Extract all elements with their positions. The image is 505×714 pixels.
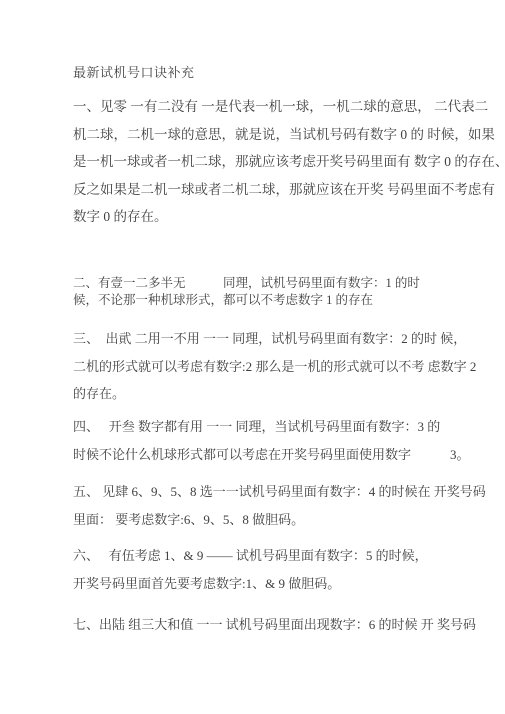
text-line: 六、 有伍考虑 1、& 9 —— 试机号码里面有数字：5 的时候， xyxy=(73,542,428,570)
paragraph-rule-five: 五、 见肆 6、9、5、8 选一一试机号码里面有数字：4 的时候在 开奖号码 里… xyxy=(73,478,486,533)
paragraph-rule-seven: 七、出陆 组三大和值 一一 试机号码里面出现数字：6 的时候 开 奖号码 xyxy=(73,611,476,639)
text-line: 的存在。 xyxy=(73,380,476,408)
text-line: 反之如果是二机一球或者二机二球，那就应该在开奖 号码里面不考虑有 xyxy=(73,176,505,204)
text-line: 是一机一球或者一机二球，那就应该考虑开奖号码里面有 数字 0 的存在、 xyxy=(73,148,505,176)
text-line: 三、 出貮 二用一不用 一一 同理，试机号码里面有数字：2 的时 候， xyxy=(73,325,476,353)
text-line: 时候不论什么机球形式都可以考虑在开奖号码里面使用数字 3。 xyxy=(73,441,470,469)
document-title: 最新试机号口诀补充 xyxy=(73,66,195,80)
text-line: 候，不论那一种机球形式，都可以不考虑数字 1 的存在 xyxy=(73,292,420,309)
paragraph-rule-one: 一、见零 一有二没有 一是代表一机一球，一机二球的意思， 二代表二 机二球，二机… xyxy=(73,93,505,231)
text-line: 七、出陆 组三大和值 一一 试机号码里面出现数字：6 的时候 开 奖号码 xyxy=(73,611,476,639)
paragraph-rule-three: 三、 出貮 二用一不用 一一 同理，试机号码里面有数字：2 的时 候， 二机的形… xyxy=(73,325,476,408)
document-page: 最新试机号口诀补充 一、见零 一有二没有 一是代表一机一球，一机二球的意思， 二… xyxy=(0,0,505,714)
paragraph-rule-two: 二、有壹一二多半无 同理，试机号码里面有数字：1 的时 候，不论那一种机球形式，… xyxy=(73,275,420,309)
text-line: 里面： 要考虑数字:6、9、5、8 做胆码。 xyxy=(73,506,486,534)
text-line: 四、 开叁 数字都有用 一一 同理，当试机号码里面有数字：3 的 xyxy=(73,413,470,441)
text-line: 数字 0 的存在。 xyxy=(73,203,505,231)
text-line: 五、 见肆 6、9、5、8 选一一试机号码里面有数字：4 的时候在 开奖号码 xyxy=(73,478,486,506)
paragraph-rule-four: 四、 开叁 数字都有用 一一 同理，当试机号码里面有数字：3 的 时候不论什么机… xyxy=(73,413,470,468)
text-line: 二机的形式就可以考虑有数字:2 那么是一机的形式就可以不考 虑数字 2 xyxy=(73,353,476,381)
paragraph-rule-six: 六、 有伍考虑 1、& 9 —— 试机号码里面有数字：5 的时候， 开奖号码里面… xyxy=(73,542,428,597)
text-line: 开奖号码里面首先要考虑数字:1、& 9 做胆码。 xyxy=(73,570,428,598)
text-line: 机二球，二机一球的意思，就是说，当试机号码有数字 0 的 时候，如果 xyxy=(73,121,505,149)
text-line: 二、有壹一二多半无 同理，试机号码里面有数字：1 的时 xyxy=(73,275,420,292)
text-line: 一、见零 一有二没有 一是代表一机一球，一机二球的意思， 二代表二 xyxy=(73,93,505,121)
